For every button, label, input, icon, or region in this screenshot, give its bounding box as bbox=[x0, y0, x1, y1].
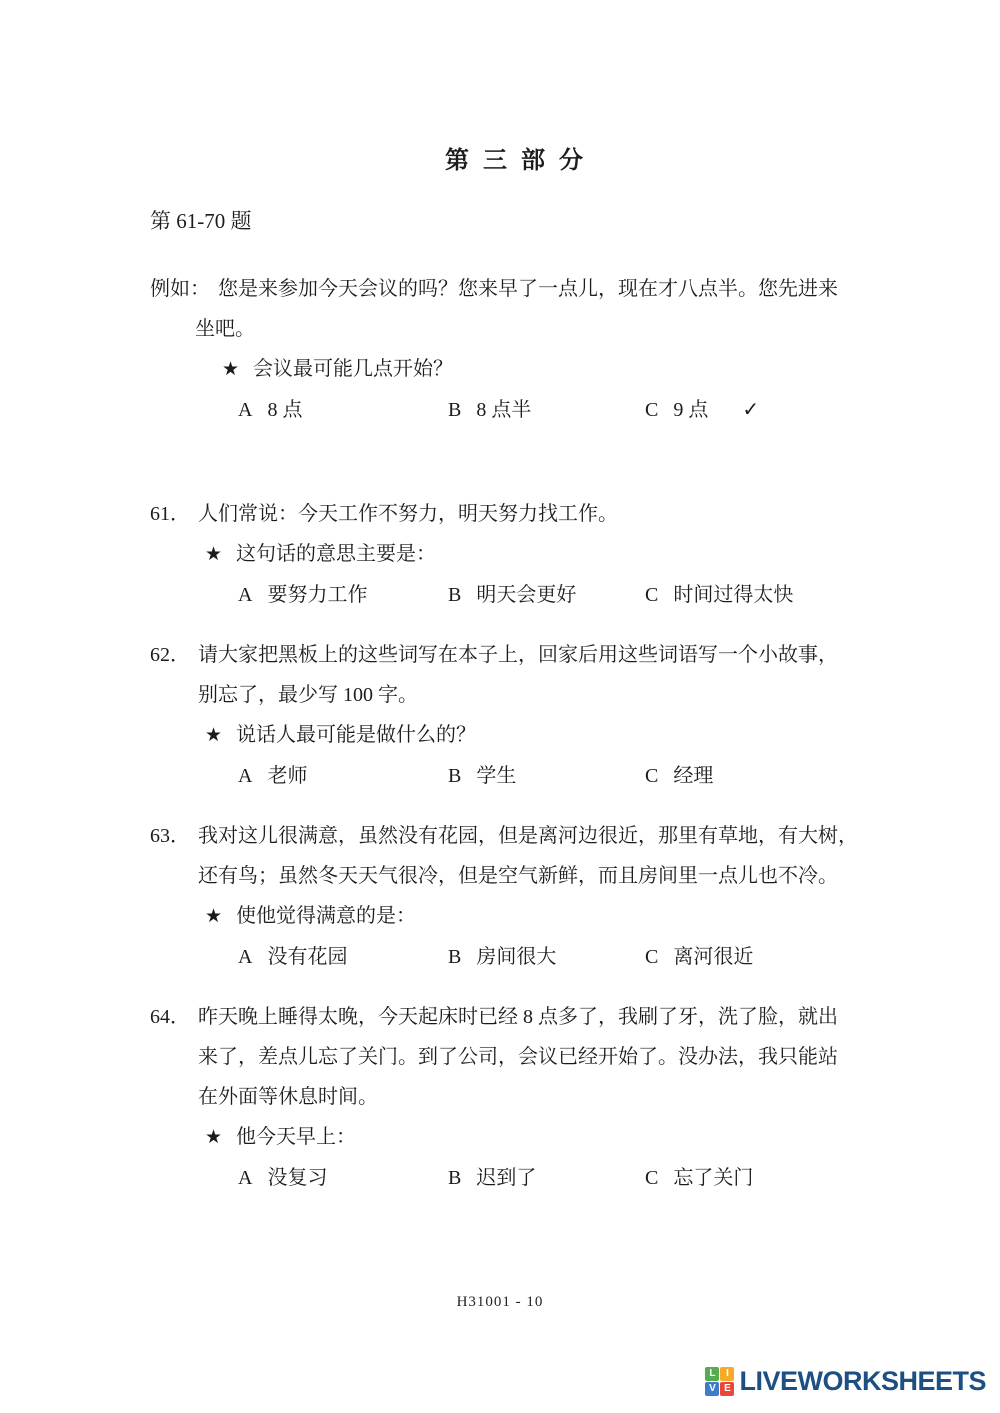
option-text: 迟到了 bbox=[476, 1167, 536, 1189]
option-letter: A bbox=[238, 765, 252, 787]
option-letter: B bbox=[448, 399, 461, 421]
options-row: A要努力工作B明天会更好C时间过得太快 bbox=[150, 575, 882, 615]
example-options: A8 点B8 点半C9 点✓ bbox=[150, 390, 882, 430]
option-letter: C bbox=[645, 1167, 658, 1189]
option-text: 经理 bbox=[673, 765, 713, 787]
option-a[interactable]: A老师 bbox=[238, 756, 448, 796]
option-b[interactable]: B8 点半 bbox=[448, 390, 645, 430]
question-text-line: 62．请大家把黑板上的这些词写在本子上，回家后用这些词语写一个小故事， bbox=[150, 635, 882, 675]
option-letter: B bbox=[448, 946, 461, 968]
document-body: 第 三 部 分 第 61-70 题 例如：您是来参加今天会议的吗？您来早了一点儿… bbox=[150, 0, 882, 1198]
example-label: 例如： bbox=[150, 269, 218, 309]
option-letter: C bbox=[645, 765, 658, 787]
question-text: 请大家把黑板上的这些词写在本子上，回家后用这些词语写一个小故事， bbox=[198, 644, 838, 666]
option-text: 明天会更好 bbox=[476, 584, 576, 606]
question-text-line: 61．人们常说：今天工作不努力，明天努力找工作。 bbox=[150, 494, 882, 534]
option-text: 离河很近 bbox=[673, 946, 753, 968]
page-code: H31001 - 10 bbox=[0, 1294, 1000, 1311]
question-prompt-line: ★使他觉得满意的是： bbox=[150, 896, 882, 937]
question-number: 62． bbox=[150, 635, 190, 675]
question-number: 61． bbox=[150, 494, 190, 534]
liveworksheets-icon: LIVE bbox=[705, 1367, 734, 1396]
star-icon: ★ bbox=[205, 535, 222, 575]
option-text: 学生 bbox=[476, 765, 516, 787]
question-number: 64． bbox=[150, 997, 190, 1037]
logo-wordmark: LIVEWORKSHEETS bbox=[739, 1366, 986, 1397]
option-a[interactable]: A没复习 bbox=[238, 1158, 448, 1198]
checkmark-icon: ✓ bbox=[742, 399, 759, 421]
logo-tile-l: L bbox=[705, 1367, 719, 1381]
option-letter: A bbox=[238, 1167, 252, 1189]
option-letter: B bbox=[448, 584, 461, 606]
question-text: 人们常说：今天工作不努力，明天努力找工作。 bbox=[198, 503, 618, 525]
option-c[interactable]: C离河很近 bbox=[645, 937, 753, 977]
example-block: 例如：您是来参加今天会议的吗？您来早了一点儿，现在才八点半。您先进来 坐吧。 ★… bbox=[150, 269, 882, 430]
question-prompt: 他今天早上： bbox=[236, 1126, 356, 1148]
option-text: 没有花园 bbox=[267, 946, 347, 968]
option-c[interactable]: C9 点✓ bbox=[645, 390, 759, 430]
option-b[interactable]: B学生 bbox=[448, 756, 645, 796]
option-text: 8 点 bbox=[267, 399, 302, 421]
option-b[interactable]: B迟到了 bbox=[448, 1158, 645, 1198]
question-text-line: 64．昨天晚上睡得太晚，今天起床时已经 8 点多了，我刷了牙，洗了脸，就出 bbox=[150, 997, 882, 1037]
option-c[interactable]: C经理 bbox=[645, 756, 713, 796]
options-row: A没有花园B房间很大C离河很近 bbox=[150, 937, 882, 977]
option-b[interactable]: B房间很大 bbox=[448, 937, 645, 977]
question-range-label: 第 61-70 题 bbox=[150, 201, 882, 241]
option-letter: C bbox=[645, 399, 658, 421]
option-text: 8 点半 bbox=[476, 399, 531, 421]
question-prompt-line: ★他今天早上： bbox=[150, 1117, 882, 1158]
option-letter: A bbox=[238, 399, 252, 421]
question-prompt: 这句话的意思主要是： bbox=[236, 543, 436, 565]
options-row: A没复习B迟到了C忘了关门 bbox=[150, 1158, 882, 1198]
example-question: 会议最可能几点开始？ bbox=[253, 358, 453, 380]
logo-tile-v: V bbox=[705, 1382, 719, 1396]
option-letter: B bbox=[448, 765, 461, 787]
option-text: 没复习 bbox=[267, 1167, 327, 1189]
option-a[interactable]: A没有花园 bbox=[238, 937, 448, 977]
worksheet-page: 第 三 部 分 第 61-70 题 例如：您是来参加今天会议的吗？您来早了一点儿… bbox=[0, 0, 1000, 1413]
option-text: 时间过得太快 bbox=[673, 584, 793, 606]
liveworksheets-logo[interactable]: LIVE LIVEWORKSHEETS bbox=[705, 1366, 986, 1397]
question-text-line: 63．我对这儿很满意，虽然没有花园，但是离河边很近，那里有草地，有大树， bbox=[150, 816, 882, 856]
star-icon: ★ bbox=[205, 1118, 222, 1158]
questions-container: 61．人们常说：今天工作不努力，明天努力找工作。★这句话的意思主要是：A要努力工… bbox=[150, 494, 882, 1198]
option-text: 要努力工作 bbox=[267, 584, 367, 606]
question-text-line: 在外面等休息时间。 bbox=[150, 1077, 882, 1117]
option-text: 忘了关门 bbox=[673, 1167, 753, 1189]
option-letter: A bbox=[238, 584, 252, 606]
option-b[interactable]: B明天会更好 bbox=[448, 575, 645, 615]
option-letter: C bbox=[645, 584, 658, 606]
question-prompt-line: ★说话人最可能是做什么的？ bbox=[150, 715, 882, 756]
question-block: 63．我对这儿很满意，虽然没有花园，但是离河边很近，那里有草地，有大树，还有鸟；… bbox=[150, 816, 882, 977]
question-block: 64．昨天晚上睡得太晚，今天起床时已经 8 点多了，我刷了牙，洗了脸，就出来了，… bbox=[150, 997, 882, 1198]
option-letter: C bbox=[645, 946, 658, 968]
option-letter: A bbox=[238, 946, 252, 968]
question-text: 我对这儿很满意，虽然没有花园，但是离河边很近，那里有草地，有大树， bbox=[198, 825, 858, 847]
option-c[interactable]: C时间过得太快 bbox=[645, 575, 793, 615]
question-text-line: 别忘了，最少写 100 字。 bbox=[150, 675, 882, 715]
logo-tile-i: I bbox=[720, 1367, 734, 1381]
star-icon: ★ bbox=[205, 897, 222, 937]
option-c[interactable]: C忘了关门 bbox=[645, 1158, 753, 1198]
option-a[interactable]: A8 点 bbox=[238, 390, 448, 430]
question-prompt: 使他觉得满意的是： bbox=[236, 905, 416, 927]
option-letter: B bbox=[448, 1167, 461, 1189]
option-a[interactable]: A要努力工作 bbox=[238, 575, 448, 615]
question-prompt-line: ★这句话的意思主要是： bbox=[150, 534, 882, 575]
option-text: 老师 bbox=[267, 765, 307, 787]
example-text: 您是来参加今天会议的吗？您来早了一点儿，现在才八点半。您先进来 bbox=[218, 278, 838, 300]
star-icon: ★ bbox=[205, 716, 222, 756]
example-question-line: ★会议最可能几点开始？ bbox=[150, 349, 882, 390]
star-icon: ★ bbox=[222, 350, 239, 390]
example-text-line-2: 坐吧。 bbox=[150, 309, 882, 349]
option-text: 房间很大 bbox=[476, 946, 556, 968]
options-row: A8 点B8 点半C9 点✓ bbox=[150, 390, 882, 430]
question-text: 昨天晚上睡得太晚，今天起床时已经 8 点多了，我刷了牙，洗了脸，就出 bbox=[198, 1006, 838, 1028]
question-block: 62．请大家把黑板上的这些词写在本子上，回家后用这些词语写一个小故事，别忘了，最… bbox=[150, 635, 882, 796]
section-title: 第 三 部 分 bbox=[150, 146, 882, 177]
question-text-line: 来了，差点儿忘了关门。到了公司，会议已经开始了。没办法，我只能站 bbox=[150, 1037, 882, 1077]
question-text-line: 还有鸟；虽然冬天天气很冷，但是空气新鲜，而且房间里一点儿也不冷。 bbox=[150, 856, 882, 896]
question-number: 63． bbox=[150, 816, 190, 856]
logo-tile-e: E bbox=[720, 1382, 734, 1396]
options-row: A老师B学生C经理 bbox=[150, 756, 882, 796]
option-text: 9 点 bbox=[673, 399, 708, 421]
example-text-line-1: 例如：您是来参加今天会议的吗？您来早了一点儿，现在才八点半。您先进来 bbox=[150, 269, 882, 309]
question-block: 61．人们常说：今天工作不努力，明天努力找工作。★这句话的意思主要是：A要努力工… bbox=[150, 494, 882, 615]
question-prompt: 说话人最可能是做什么的？ bbox=[236, 724, 476, 746]
